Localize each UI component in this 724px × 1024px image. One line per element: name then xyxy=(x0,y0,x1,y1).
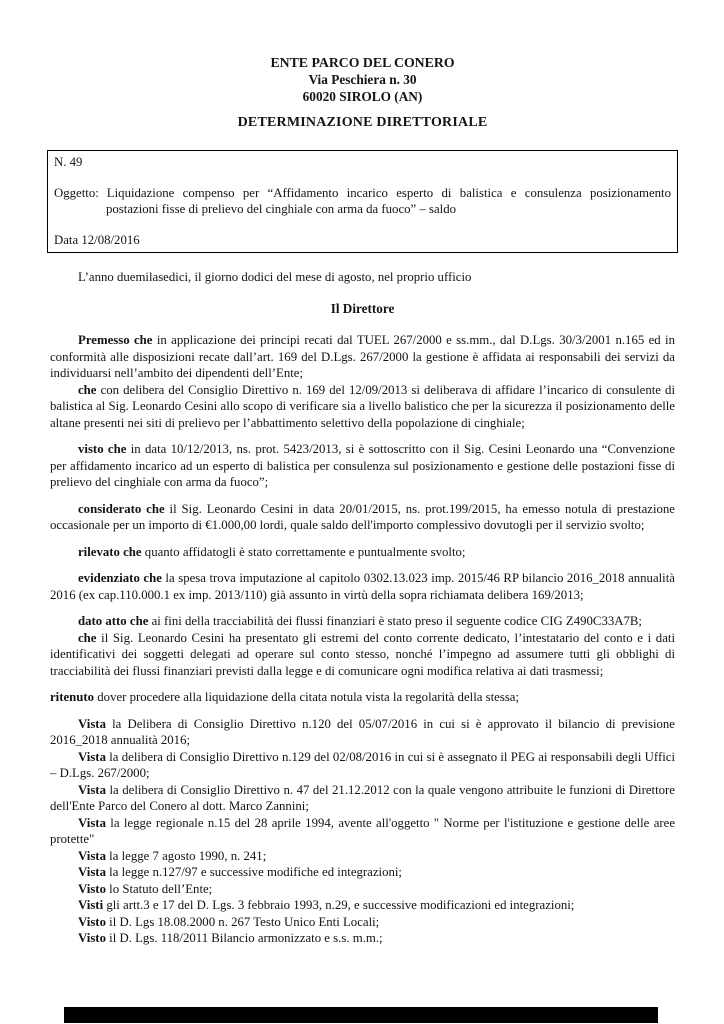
intro-paragraph: L’anno duemilasedici, il giorno dodici d… xyxy=(50,269,675,286)
document-meta-box: N. 49 Oggetto:Liquidazione compenso per … xyxy=(47,150,678,253)
subject-text: Liquidazione compenso per “Affidamento i… xyxy=(106,186,671,217)
paragraph-premesso: Premesso che in applicazione dei princip… xyxy=(50,332,675,382)
paragraph-visti-artt: Visti gli artt.3 e 17 del D. Lgs. 3 febb… xyxy=(50,897,675,914)
paragraph-vista-legge-127: Vista la legge n.127/97 e successive mod… xyxy=(50,864,675,881)
address-line-1: Via Peschiera n. 30 xyxy=(50,71,675,88)
paragraph-considerato-che: considerato che il Sig. Leonardo Cesini … xyxy=(50,501,675,534)
subject-line: Oggetto:Liquidazione compenso per “Affid… xyxy=(54,185,671,218)
paragraph-dato-atto-che: dato atto che ai fini della tracciabilit… xyxy=(50,613,675,630)
document-header: ENTE PARCO DEL CONERO Via Peschiera n. 3… xyxy=(50,54,675,105)
document-page: ENTE PARCO DEL CONERO Via Peschiera n. 3… xyxy=(0,0,724,1024)
paragraph-che-delibera: che con delibera del Consiglio Direttivo… xyxy=(50,382,675,432)
paragraph-vista-legge-241: Vista la legge 7 agosto 1990, n. 241; xyxy=(50,848,675,865)
paragraph-vista-delibera-129: Vista la delibera di Consiglio Direttivo… xyxy=(50,749,675,782)
paragraph-evidenziato-che: evidenziato che la spesa trova imputazio… xyxy=(50,570,675,603)
paragraph-visto-statuto: Visto lo Statuto dell’Ente; xyxy=(50,881,675,898)
role-heading: Il Direttore xyxy=(50,301,675,318)
paragraph-visto-dlgs-267: Visto il D. Lgs 18.08.2000 n. 267 Testo … xyxy=(50,914,675,931)
document-number: N. 49 xyxy=(54,154,671,171)
next-page-edge-bar xyxy=(64,1007,658,1023)
paragraph-vista-legge-regionale: Vista la legge regionale n.15 del 28 apr… xyxy=(50,815,675,848)
document-type-title: DETERMINAZIONE DIRETTORIALE xyxy=(50,114,675,131)
paragraph-rilevato-che: rilevato che quanto affidatogli è stato … xyxy=(50,544,675,561)
paragraph-visto-dlgs-118: Visto il D. Lgs. 118/2011 Bilancio armon… xyxy=(50,930,675,947)
document-body: L’anno duemilasedici, il giorno dodici d… xyxy=(50,269,675,947)
address-line-2: 60020 SIROLO (AN) xyxy=(50,88,675,105)
paragraph-ritenuto: ritenuto dover procedere alla liquidazio… xyxy=(50,689,675,706)
organization-name: ENTE PARCO DEL CONERO xyxy=(50,54,675,71)
paragraph-visto-che: visto che in data 10/12/2013, ns. prot. … xyxy=(50,441,675,491)
paragraph-vista-delibera-47: Vista la delibera di Consiglio Direttivo… xyxy=(50,782,675,815)
subject-label: Oggetto: xyxy=(54,186,107,200)
paragraph-che-conto: che il Sig. Leonardo Cesini ha presentat… xyxy=(50,630,675,680)
paragraph-vista-delibera-120: Vista la Delibera di Consiglio Direttivo… xyxy=(50,716,675,749)
document-date: Data 12/08/2016 xyxy=(54,232,671,249)
